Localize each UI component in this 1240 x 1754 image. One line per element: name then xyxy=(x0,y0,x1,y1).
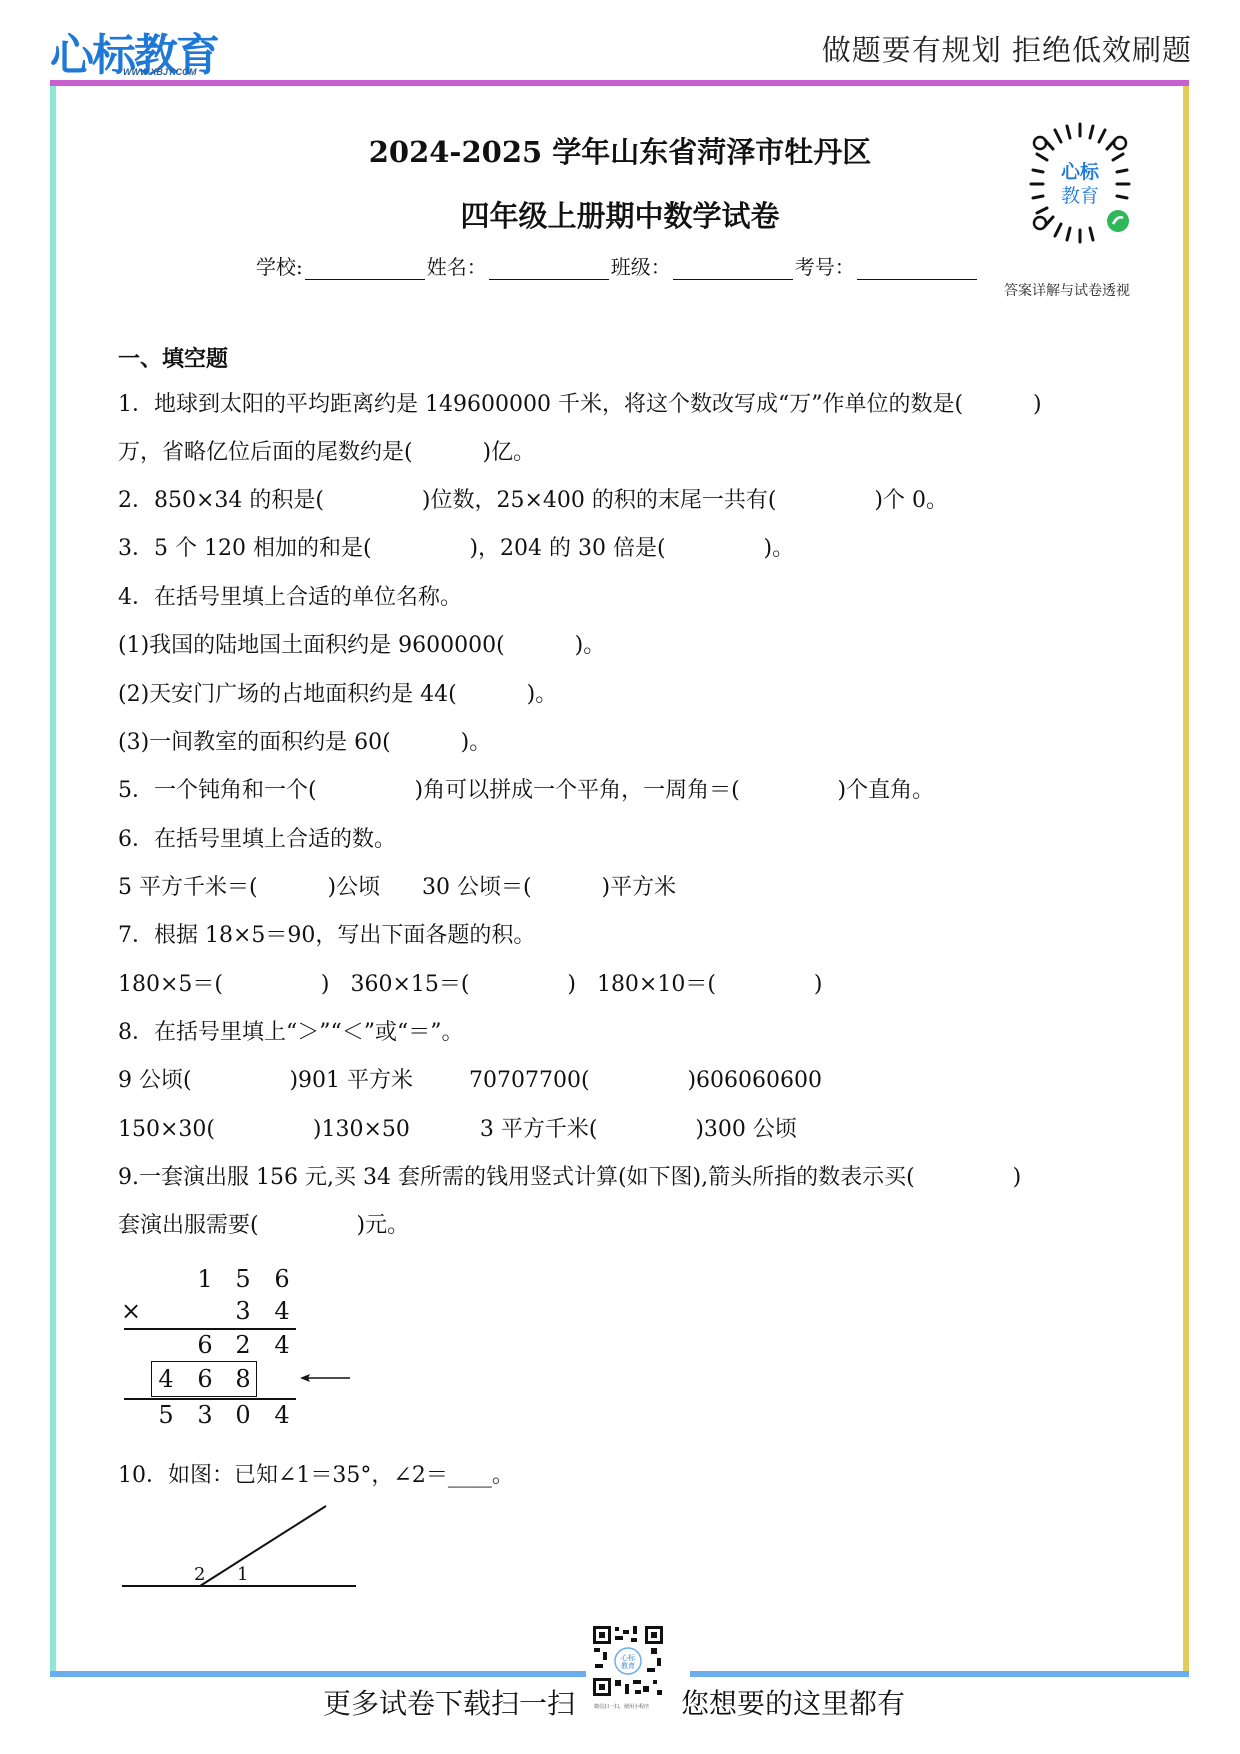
arrow-left-icon xyxy=(298,1371,352,1385)
angle-diagram: 2 1 xyxy=(118,1490,368,1590)
digit: 4 xyxy=(269,1297,295,1325)
question-line: 7．根据 18×5＝90，写出下面各题的积。 xyxy=(118,922,535,950)
question-line: (2)天安门广场的占地面积约是 44( )。 xyxy=(118,681,557,709)
footer-qr-code[interactable]: 心标 教育 xyxy=(591,1624,665,1698)
digit: 6 xyxy=(192,1331,218,1359)
angle-1-label: 1 xyxy=(237,1564,248,1585)
brand-logo: 心标教育 WWW.XBJY.COM xyxy=(50,26,218,78)
digit: 4 xyxy=(153,1365,179,1393)
digit: 5 xyxy=(230,1265,256,1293)
qr-caption: 答案详解与试卷透视 xyxy=(1004,280,1130,300)
class-label: 班级： xyxy=(611,251,671,280)
question-line: 1．地球到太阳的平均距离约是 149600000 千米，将这个数改写成“万”作单… xyxy=(118,391,1042,419)
frame-left-border xyxy=(50,86,56,1674)
svg-text:心标: 心标 xyxy=(621,1653,636,1662)
digit: 6 xyxy=(192,1365,218,1393)
class-field[interactable] xyxy=(673,259,793,280)
question-line: 9.一套演出服 156 元,买 34 套所需的钱用竖式计算(如下图),箭头所指的… xyxy=(118,1164,1021,1192)
school-label: 学校: xyxy=(256,251,303,280)
question-line: 10．如图：已知∠1＝35°，∠2＝____。 xyxy=(118,1462,514,1490)
header-slogan: 做题要有规划 拒绝低效刷题 xyxy=(822,28,1192,69)
digit: 5 xyxy=(153,1401,179,1429)
question-line: 套演出服需要( )元。 xyxy=(118,1212,409,1240)
exam-number-label: 考号： xyxy=(795,251,855,280)
svg-text:教育: 教育 xyxy=(1061,185,1099,207)
digit: 6 xyxy=(269,1265,295,1293)
footer-left-text: 更多试卷下载扫一扫 xyxy=(323,1682,575,1722)
footer-qr-caption: 微信扫一扫，使用小程序 xyxy=(594,1703,649,1710)
exam-number-field[interactable] xyxy=(857,259,977,280)
miniprogram-qr-code[interactable]: 心标 教育 xyxy=(1015,118,1145,248)
digit: 3 xyxy=(230,1297,256,1325)
multiply-sign: × xyxy=(118,1297,144,1325)
rule-line xyxy=(124,1328,296,1330)
question-line: (3)一间教室的面积约是 60( )。 xyxy=(118,729,491,757)
student-info-row: 学校: 姓名： 班级： 考号： xyxy=(256,251,979,280)
qr-code-icon: 心标 教育 xyxy=(1015,118,1145,248)
question-line: 5 平方千米＝( )公顷 30 公顷＝( )平方米 xyxy=(118,874,676,902)
question-line: 5．一个钝角和一个( )角可以拼成一个平角，一周角＝( )个直角。 xyxy=(118,777,934,805)
vertical-multiplication-figure: 1 5 6 × 3 4 6 2 4 4 6 8 5 3 0 4 xyxy=(118,1265,478,1435)
rule-line xyxy=(124,1398,296,1400)
question-line: 9 公顷( )901 平方米 70707700( )606060600 xyxy=(118,1067,822,1095)
footer-right-text: 您想要的这里都有 xyxy=(681,1682,905,1722)
digit: 4 xyxy=(269,1401,295,1429)
logo-url: WWW.XBJY.COM xyxy=(123,67,197,77)
question-line: 180×5＝( ) 360×15＝( ) 180×10＝( ) xyxy=(118,971,822,999)
school-field[interactable] xyxy=(305,259,425,280)
digit: 0 xyxy=(230,1401,256,1429)
question-line: 2．850×34 的积是( )位数，25×400 的积的末尾一共有( )个 0。 xyxy=(118,487,948,515)
svg-text:教育: 教育 xyxy=(621,1661,635,1670)
digit: 3 xyxy=(192,1401,218,1429)
frame-top-border xyxy=(50,80,1189,86)
question-line: 4．在括号里填上合适的单位名称。 xyxy=(118,584,462,612)
qr-code-icon: 心标 教育 xyxy=(591,1624,665,1698)
question-line: 6．在括号里填上合适的数。 xyxy=(118,826,396,854)
question-line: 150×30( )130×50 3 平方千米( )300 公顷 xyxy=(118,1116,797,1144)
svg-text:心标: 心标 xyxy=(1061,160,1100,183)
section-heading: 一、填空题 xyxy=(118,346,228,374)
name-field[interactable] xyxy=(489,259,609,280)
digit: 4 xyxy=(269,1331,295,1359)
frame-right-border xyxy=(1183,86,1189,1674)
question-line: (1)我国的陆地国土面积约是 9600000( )。 xyxy=(118,632,605,660)
digit: 2 xyxy=(230,1331,256,1359)
question-line: 8．在括号里填上“＞”“＜”或“＝”。 xyxy=(118,1019,463,1047)
angle-2-label: 2 xyxy=(194,1564,205,1585)
digit: 1 xyxy=(192,1265,218,1293)
digit: 8 xyxy=(230,1365,256,1393)
question-line: 万，省略亿位后面的尾数约是( )亿。 xyxy=(118,439,535,467)
question-line: 3．5 个 120 相加的和是( )，204 的 30 倍是( )。 xyxy=(118,535,794,563)
name-label: 姓名： xyxy=(427,251,487,280)
